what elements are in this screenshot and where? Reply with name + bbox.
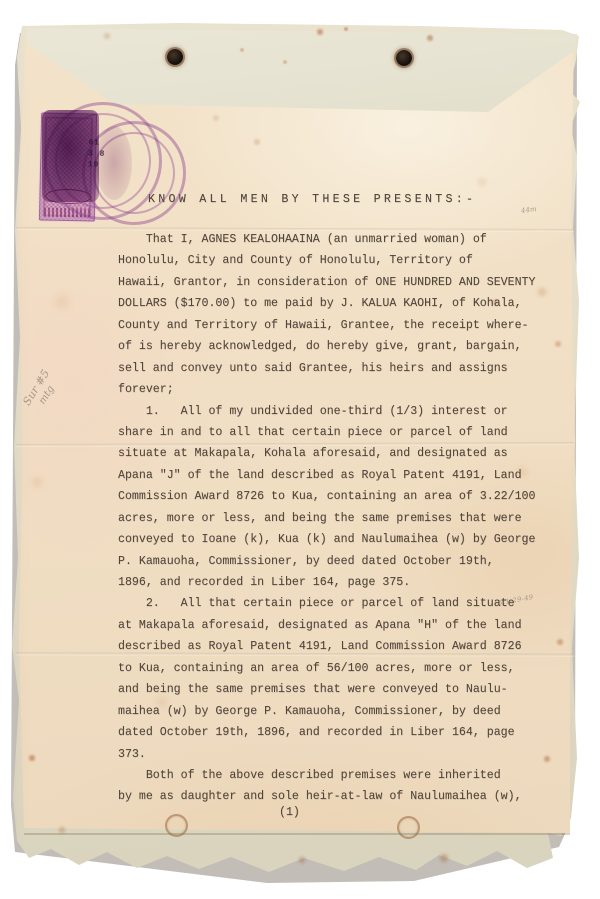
typewritten-line: situate at Makapala, Kohala aforesaid, a… xyxy=(118,443,558,464)
typewritten-line: DOLLARS ($170.00) to me paid by J. KALUA… xyxy=(118,293,558,314)
front-page-bottom-edge xyxy=(24,833,570,835)
typewritten-line: maihea (w) by George P. Kamauoha, Commis… xyxy=(118,701,558,722)
typewritten-line: Hawaii, Grantor, in consideration of ONE… xyxy=(118,272,558,293)
photo-background: KNOW ALL MEN BY THESE PRESENTS:- That I,… xyxy=(0,0,600,899)
typewritten-line: 373. xyxy=(118,744,558,765)
typewritten-line: and being the same premises that were co… xyxy=(118,679,558,700)
typewritten-line: by me as daughter and sole heir-at-law o… xyxy=(118,786,558,807)
typewritten-line: County and Territory of Hawaii, Grantee,… xyxy=(118,315,558,336)
typewritten-line: 1. All of my undivided one-third (1/3) i… xyxy=(118,401,558,422)
typewritten-line: 1896, and recorded in Liber 164, page 37… xyxy=(118,572,558,593)
punch-hole-left xyxy=(167,49,183,65)
typewritten-line: Apana "J" of the land described as Royal… xyxy=(118,465,558,486)
typewritten-line: to Kua, containing an area of 56/100 acr… xyxy=(118,658,558,679)
typewritten-body: That I, AGNES KEALOHAAINA (an unmarried … xyxy=(118,229,558,808)
postmark-date-digits: 613 819 xyxy=(87,137,130,171)
typewritten-line: sell and convey unto said Grantee, his h… xyxy=(118,358,558,379)
foxing-stains xyxy=(0,0,4,4)
deed-document: KNOW ALL MEN BY THESE PRESENTS:- That I,… xyxy=(0,0,600,899)
typewritten-line: Honolulu, City and County of Honolulu, T… xyxy=(118,250,558,271)
document-heading: KNOW ALL MEN BY THESE PRESENTS:- xyxy=(148,193,476,206)
typewritten-line: acres, more or less, and being the same … xyxy=(118,508,558,529)
typewritten-line: share in and to all that certain piece o… xyxy=(118,422,558,443)
punch-hole-right xyxy=(396,50,412,66)
page-number: (1) xyxy=(279,806,300,819)
typewritten-line: That I, AGNES KEALOHAAINA (an unmarried … xyxy=(118,229,558,250)
typewritten-line: Commission Award 8726 to Kua, containing… xyxy=(118,486,558,507)
eyelet-ring-stain-right xyxy=(397,816,420,839)
typewritten-line: at Makapala aforesaid, designated as Apa… xyxy=(118,615,558,636)
postmark-digit-line: 19 xyxy=(87,159,129,171)
typewritten-line: forever; xyxy=(118,379,558,400)
typewritten-line: conveyed to Ioane (k), Kua (k) and Naulu… xyxy=(118,529,558,550)
typewritten-line: Both of the above described premises wer… xyxy=(118,765,558,786)
typewritten-line: described as Royal Patent 4191, Land Com… xyxy=(118,636,558,657)
eyelet-ring-stain-left xyxy=(165,814,188,837)
typewritten-line: of is hereby acknowledged, do hereby giv… xyxy=(118,336,558,357)
typewritten-line: P. Kamauoha, Commissioner, by deed dated… xyxy=(118,551,558,572)
typewritten-line: 2. All that certain piece or parcel of l… xyxy=(118,593,558,614)
typewritten-line: dated October 19th, 1896, and recorded i… xyxy=(118,722,558,743)
